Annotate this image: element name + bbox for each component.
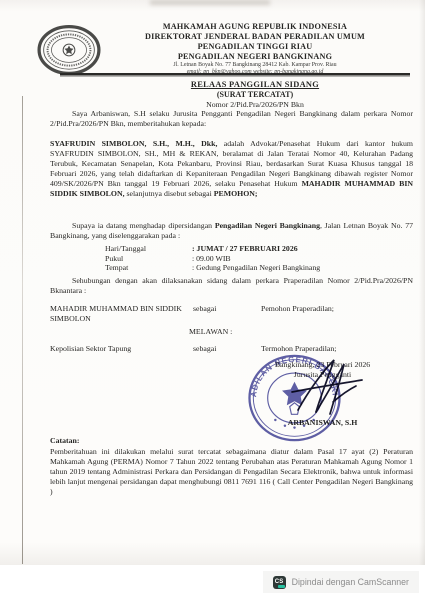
document-title: RELAAS PANGGILAN SIDANG [100,80,410,90]
schedule-label-date: Hari/Tanggal [105,244,192,254]
as-label-1: sebagai [193,304,261,323]
scan-artifact-top [150,0,270,5]
camscanner-label: Dipindai dengan CamScanner [292,577,409,587]
as-label-2: sebagai [193,344,261,354]
recipient-text-b: selanjutnya disebut sebagai [125,189,214,198]
regarding-paragraph: Sehubungan dengan akan dilaksanakan sida… [50,276,413,296]
scanner-footer-bar: CS Dipindai dengan CamScanner [0,565,425,600]
hearing-schedule: Hari/Tanggal : JUMAT / 27 FEBRUARI 2026 … [105,244,405,273]
court-seal-logo [36,24,102,76]
note-paragraph: Pemberitahuan ini dilakukan melalui sura… [50,447,413,497]
schedule-row-time: Pukul : 09.00 WIB [105,254,405,264]
schedule-value-time: : 09.00 WIB [192,254,405,264]
letterhead-line-4: PENGADILAN NEGERI BANGKINANG [100,52,410,62]
letterhead: MAHKAMAH AGUNG REPUBLIK INDONESIA DIREKT… [100,22,410,76]
letterhead-line-1: MAHKAMAH AGUNG REPUBLIK INDONESIA [100,22,410,32]
case-number: Nomor 2/Pid.Pra/2026/PN Bkn [100,100,410,110]
letterhead-divider [60,73,410,75]
letterhead-address: Jl. Letnan Boyak No. 77 Bangkinang 28412… [100,62,410,69]
summon-paragraph: Supaya ia datang menghadap dipersidangan… [50,221,413,241]
document-title-block: RELAAS PANGGILAN SIDANG (SURAT TERCATAT)… [100,80,410,109]
scanned-document-page: MAHKAMAH AGUNG REPUBLIK INDONESIA DIREKT… [0,0,425,565]
handwritten-signature [278,352,373,422]
summon-pre: Supaya ia datang menghadap dipersidangan [72,221,215,230]
schedule-row-date: Hari/Tanggal : JUMAT / 27 FEBRUARI 2026 [105,244,405,254]
schedule-label-time: Pukul [105,254,192,264]
intro-paragraph: Saya Arbaniswan, S.H selaku Jurusita Pen… [50,109,413,129]
camscanner-icon: CS [273,576,286,589]
petitioner-row: MAHADIR MUHAMMAD BIN SIDDIK SIMBOLON seb… [50,304,413,323]
scan-edge-shadow [419,0,425,565]
petitioner-label: PEMOHON; [214,189,258,198]
recipient-name: SYAFRUDIN SIMBOLON, S.H., M.H., Dkk, [50,139,217,148]
respondent-name: Kepolisian Sektor Tapung [50,344,193,354]
parties-section: MAHADIR MUHAMMAD BIN SIDDIK SIMBOLON seb… [50,304,413,353]
schedule-row-place: Tempat : Gedung Pengadilan Negeri Bangki… [105,263,405,273]
petitioner-name: MAHADIR MUHAMMAD BIN SIDDIK SIMBOLON [50,304,193,323]
schedule-label-place: Tempat [105,263,192,273]
scan-fold-line [22,96,23,564]
recipient-paragraph: SYAFRUDIN SIMBOLON, S.H., M.H., Dkk, ada… [50,139,413,199]
schedule-value-date: : JUMAT / 27 FEBRUARI 2026 [192,244,405,254]
letterhead-line-3: PENGADILAN TINGGI RIAU [100,42,410,52]
petitioner-role: Pemohon Praperadilan; [261,304,413,323]
note-heading: Catatan: [50,436,79,445]
document-subtitle: (SURAT TERCATAT) [100,90,410,100]
court-name: Pengadilan Negeri Bangkinang [215,221,320,230]
schedule-value-place: : Gedung Pengadilan Negeri Bangkinang [192,263,405,273]
versus-label: MELAWAN : [50,327,413,337]
letterhead-line-2: DIREKTORAT JENDERAL BADAN PERADILAN UMUM [100,32,410,42]
camscanner-badge: CS Dipindai dengan CamScanner [263,571,419,593]
